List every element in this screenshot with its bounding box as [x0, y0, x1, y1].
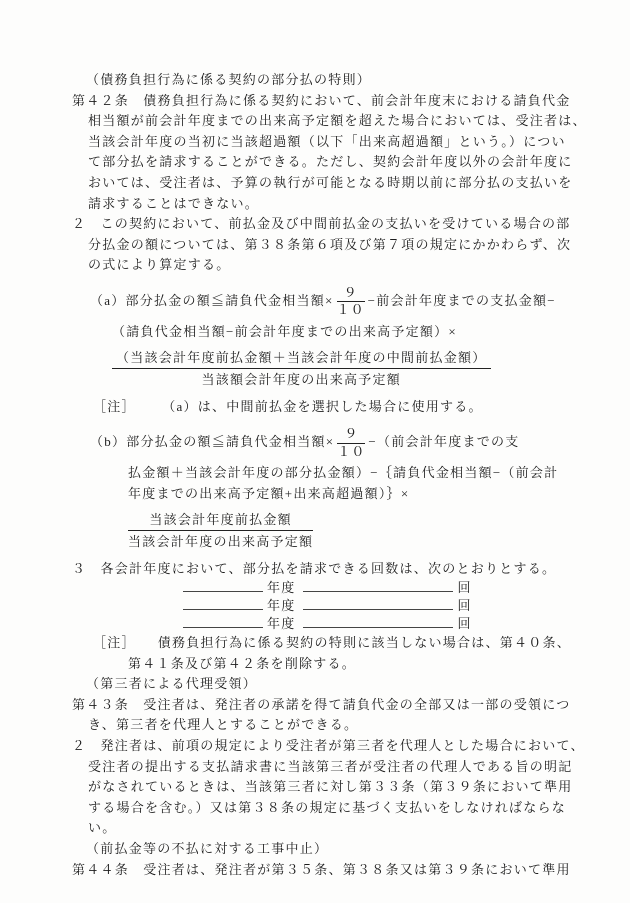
- formula-a-fraction-line: （当該会計年度前払金額＋当該会計年度の中間前払金額）当該額会計年度の出来高予定額: [112, 348, 570, 390]
- year-label: 年度: [267, 616, 296, 631]
- fraction-denominator: １０: [337, 302, 365, 318]
- article-42-p3-line: ３ 各会計年度において、部分払を請求できる回数は、次のとおりとする。: [72, 559, 570, 580]
- article-42-p1-line: 第４２条 債務負担行為に係る契約において、前会計年度末における請負代金: [72, 91, 570, 112]
- formula-a-big-fraction: （当該会計年度前払金額＋当該会計年度の中間前払金額）当該額会計年度の出来高予定額: [112, 348, 491, 390]
- formula-b-post: −（前会計年度までの支: [368, 434, 519, 449]
- formula-a-line2: （請負代金相当額−前会計年度までの出来高予定額）×: [112, 322, 570, 343]
- formula-b-pre: （b）部分払金の額≦請負代金相当額×: [90, 434, 334, 449]
- document-page: （債務負担行為に係る契約の部分払の特則） 第４２条 債務負担行為に係る契約におい…: [0, 0, 630, 903]
- count-blank-field: [303, 579, 453, 592]
- note-b-line2: 第４１条及び第４２条を削除する。: [128, 654, 570, 675]
- note-label: ［注］: [93, 635, 136, 650]
- count-label: 回: [458, 616, 472, 631]
- article-43-p2-line: い。: [88, 818, 570, 839]
- formula-b-line1: （b）部分払金の額≦請負代金相当額×９１０−（前会計年度までの支: [90, 427, 570, 459]
- count-label: 回: [458, 580, 472, 595]
- article-42-p1-line: て部分払を請求することができる。ただし、契約会計年度以外の会計年度に: [88, 152, 570, 173]
- count-blank-field: [303, 597, 453, 610]
- year-count-row: 年度回: [183, 615, 570, 633]
- fraction-nine-tenths: ９１０: [337, 427, 365, 459]
- article-42-p2-line: の式により算定する。: [88, 255, 570, 276]
- fraction-denominator: 当該会計年度の出来高予定額: [128, 531, 313, 552]
- article-42-p1-line: おいては、受注者は、予算の執行が可能となる時期以前に部分払の支払いを: [88, 173, 570, 194]
- year-blank-field: [183, 579, 263, 592]
- count-label: 回: [458, 598, 472, 613]
- article-42-p1-line: 請求することはできない。: [88, 194, 570, 215]
- year-blank-field: [183, 597, 263, 610]
- article-44-p1-line: 第４４条 受注者は、発注者が第３５条、第３８条又は第３９条において準用: [72, 860, 570, 881]
- count-blank-field: [303, 615, 453, 628]
- fraction-numerator: （当該会計年度前払金額＋当該会計年度の中間前払金額）: [112, 348, 491, 370]
- article-43-p2-line: する場合を含む。）又は第３８条の規定に基づく支払いをしなければならな: [88, 798, 570, 819]
- article-43-p2-line: がなされているときは、当該第三者に対し第３３条（第３９条において準用: [88, 777, 570, 798]
- formula-a-post: −前会計年度までの支払金額−: [368, 293, 556, 308]
- note-text: 債務負担行為に係る契約の特則に該当しない場合は、第４０条、: [158, 635, 571, 650]
- formula-a-line1: （a）部分払金の額≦請負代金相当額×９１０−前会計年度までの支払金額−: [90, 286, 570, 318]
- fraction-numerator: ９: [337, 427, 365, 444]
- article-42-heading: （債務負担行為に係る契約の部分払の特則）: [86, 70, 570, 91]
- article-44-heading: （前払金等の不払に対する工事中止）: [86, 839, 570, 860]
- year-label: 年度: [267, 580, 296, 595]
- article-43-p2-line: ２ 発注者は、前項の規定により受注者が第三者を代理人とした場合において、: [72, 736, 570, 757]
- year-label: 年度: [267, 598, 296, 613]
- formula-b-line3: 年度までの出来高予定額+出来高超過額）｝×: [128, 484, 570, 505]
- note-text: （a）は、中間前払金を選択した場合に使用する。: [169, 399, 483, 414]
- fraction-nine-tenths: ９１０: [337, 286, 365, 318]
- formula-b-big-fraction: 当該会計年度前払金額当該会計年度の出来高予定額: [128, 510, 313, 552]
- fraction-numerator: 当該会計年度前払金額: [128, 510, 313, 532]
- formula-a-pre: （a）部分払金の額≦請負代金相当額×: [90, 293, 334, 308]
- article-43-p1-line: 第４３条 受注者は、発注者の承諾を得て請負代金の全部又は一部の受領につ: [72, 695, 570, 716]
- fraction-denominator: 当該額会計年度の出来高予定額: [112, 369, 491, 390]
- article-42-p1-line: 当該会計年度の当初に当該超過額（以下「出来高超過額」という。）につい: [88, 132, 570, 153]
- article-42-p2-line: 分払金の額については、第３８条第６項及び第７項の規定にかかわらず、次: [88, 235, 570, 256]
- fraction-numerator: ９: [337, 286, 365, 303]
- year-count-row: 年度回: [183, 597, 570, 615]
- year-count-row: 年度回: [183, 579, 570, 597]
- article-43-heading: （第三者による代理受領）: [86, 674, 570, 695]
- note-b-line1: ［注］債務負担行為に係る契約の特則に該当しない場合は、第４０条、: [93, 633, 570, 654]
- article-43-p1-line: き、第三者を代理人とすることができる。: [88, 715, 570, 736]
- note-label: ［注］: [93, 399, 136, 414]
- formula-b-line2: 払金額＋当該会計年度の部分払金額）−｛請負代金相当額−（前会計: [128, 463, 570, 484]
- article-42-p2-line: ２ この契約において、前払金及び中間前払金の支払いを受けている場合の部: [72, 214, 570, 235]
- article-42-p1-line: 相当額が前会計年度までの出来高予定額を超えた場合においては、受注者は、: [88, 111, 570, 132]
- fraction-denominator: １０: [337, 444, 365, 460]
- article-43-p2-line: 受注者の提出する支払請求書に当該第三者が受注者の代理人である旨の明記: [88, 757, 570, 778]
- note-a-line: ［注］（a）は、中間前払金を選択した場合に使用する。: [93, 397, 570, 418]
- year-blank-field: [183, 615, 263, 628]
- formula-b-fraction-line: 当該会計年度前払金額当該会計年度の出来高予定額: [128, 510, 570, 552]
